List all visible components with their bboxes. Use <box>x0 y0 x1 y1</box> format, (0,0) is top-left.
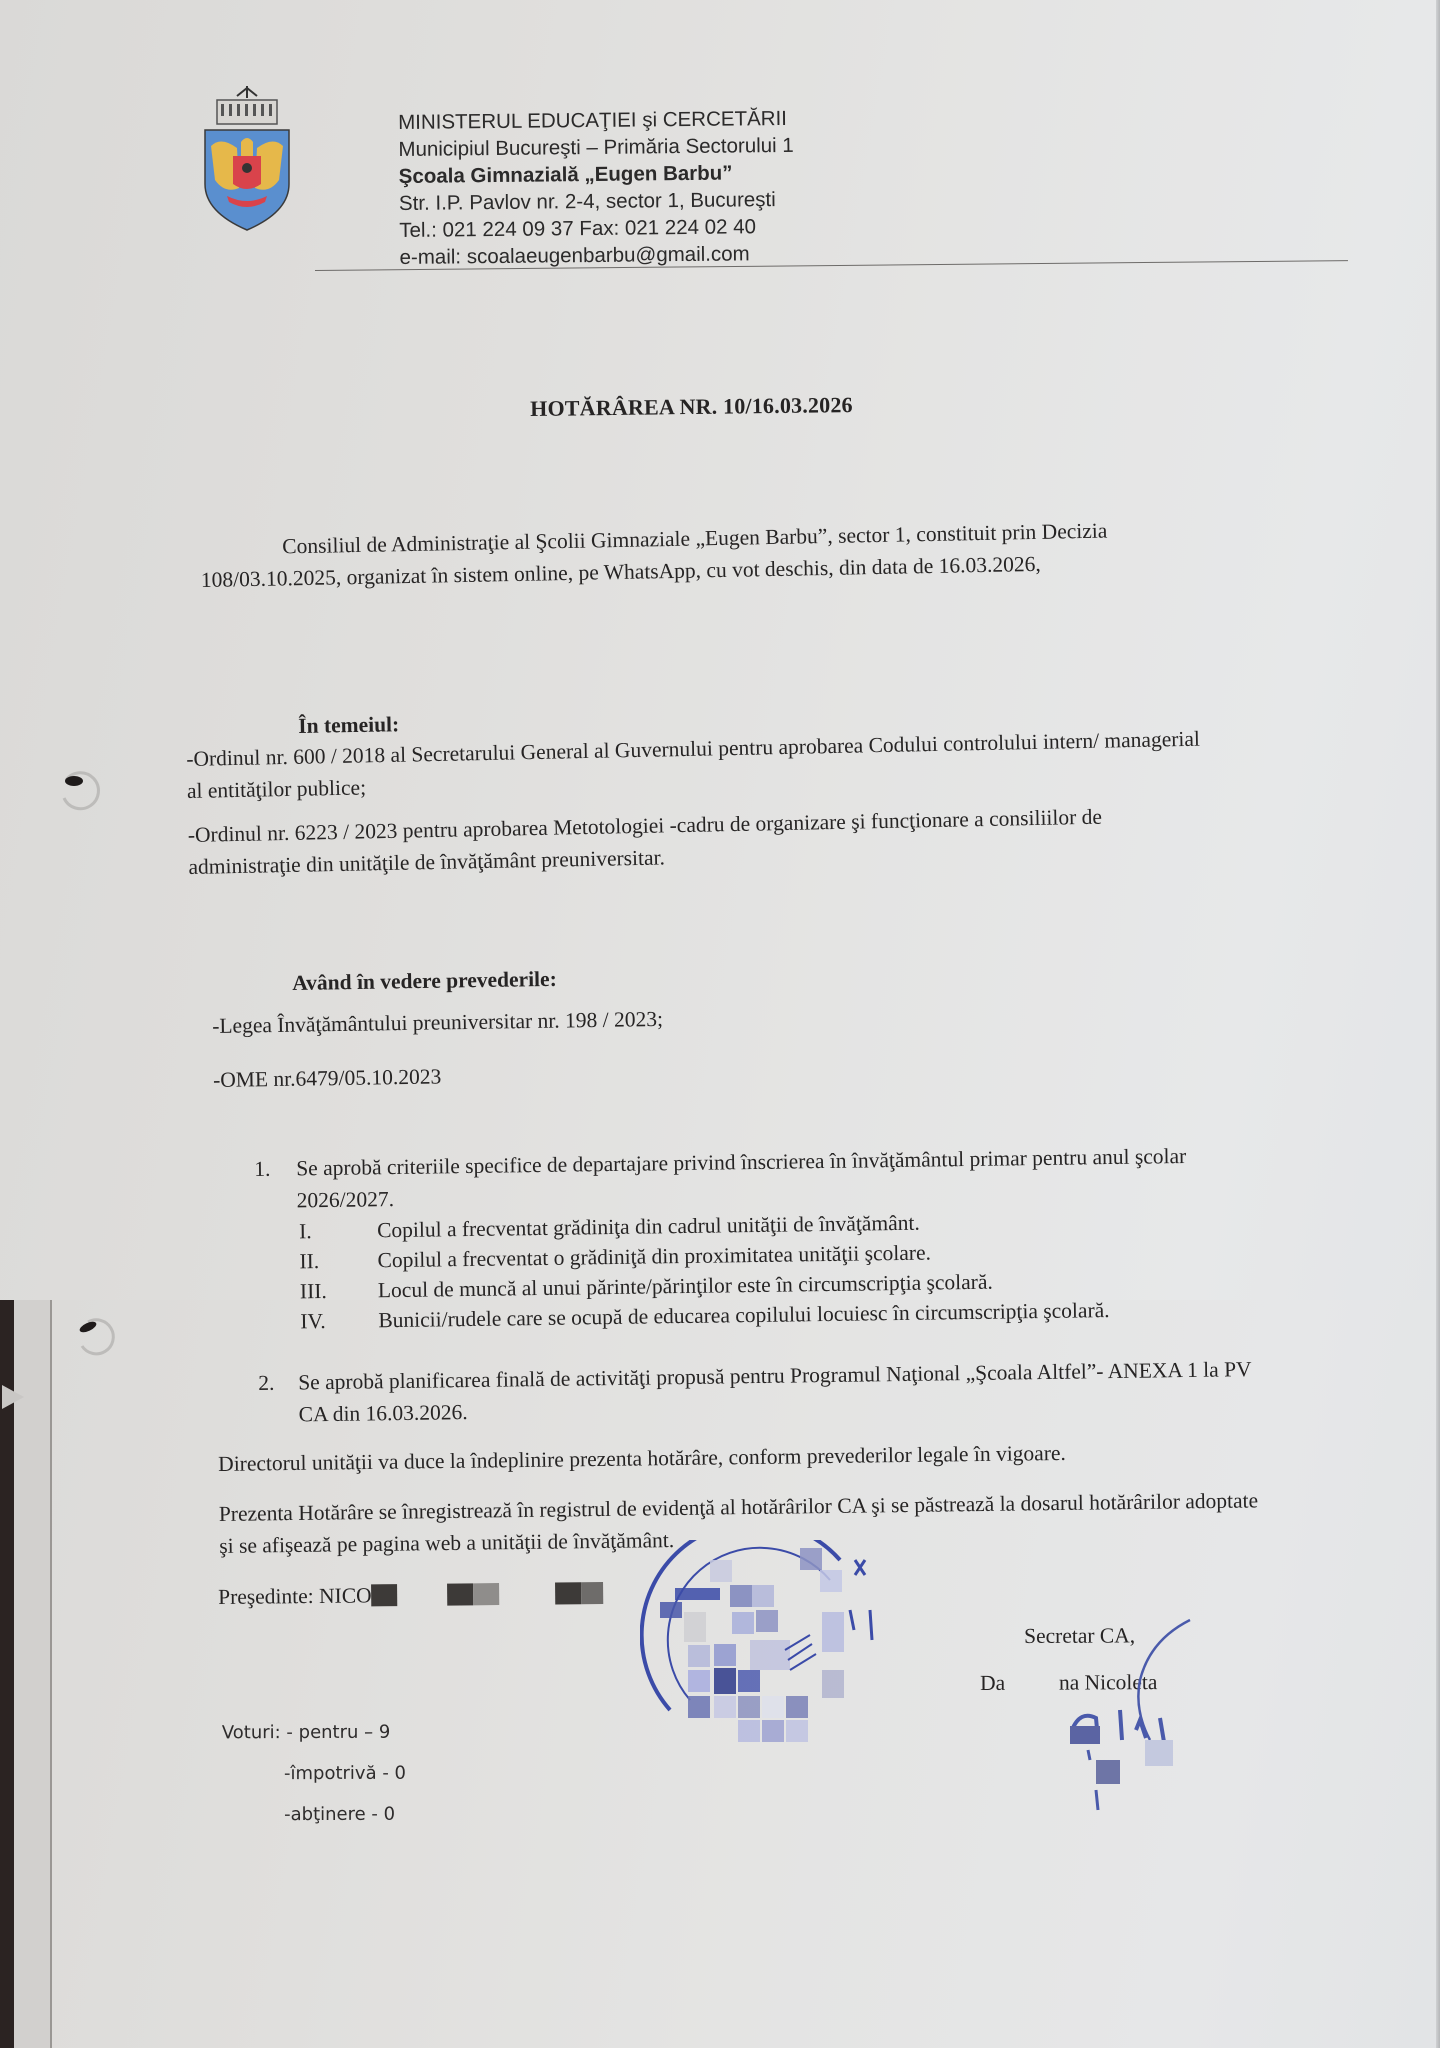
phone-fax: Tel.: 021 224 09 37 Fax: 021 224 02 40 <box>399 213 795 244</box>
letterhead: MINISTERUL EDUCAŢIEI şi CERCETĂRII Munic… <box>398 105 795 271</box>
criterion-number: I. <box>299 1215 377 1246</box>
punch-hole-icon <box>72 1314 122 1364</box>
legal-basis-heading: În temeiul: <box>298 708 399 742</box>
school-name: Şcoala Gimnazială „Eugen Barbu” <box>399 159 795 190</box>
page-fold <box>2 1385 24 1409</box>
votes-for: Voturi: - pentru – 9 <box>222 1722 406 1744</box>
redaction-block <box>500 1582 556 1605</box>
school-stamp-icon <box>640 1540 900 1760</box>
redaction-block <box>474 1583 500 1605</box>
president-line: Preşedinte: NICO <box>218 1577 604 1613</box>
legal-basis-list: -Ordinul nr. 600 / 2018 al Secretarului … <box>186 723 1209 895</box>
bucharest-coat-of-arms-icon <box>197 84 297 234</box>
ministry-name: MINISTERUL EDUCAŢIEI şi CERCETĂRII <box>398 105 794 136</box>
page-right-edge <box>1436 0 1440 2048</box>
school-address: Str. I.P. Pavlov nr. 2-4, sector 1, Bucu… <box>399 186 795 217</box>
criterion-number: IV. <box>300 1305 378 1336</box>
redaction-block <box>556 1582 582 1604</box>
provisions-heading: Având în vedere prevederile: <box>292 963 557 999</box>
votes-against: -împotrivă - 0 <box>222 1763 406 1785</box>
criterion-number: II. <box>299 1245 377 1276</box>
redaction-block <box>372 1584 398 1606</box>
legal-basis-item: -Ordinul nr. 6223 / 2023 pentru aprobare… <box>188 799 1209 883</box>
redaction-block <box>582 1582 604 1604</box>
document-title: HOTĂRÂREA NR. 10/16.03.2026 <box>530 389 853 425</box>
municipality-name: Municipiul Bucureşti – Primăria Sectorul… <box>398 132 794 163</box>
provisions-item: -OME nr.6479/05.10.2023 <box>213 1050 1113 1096</box>
decision-number: 1. <box>254 1152 297 1217</box>
criterion-number: III. <box>300 1275 378 1306</box>
votes-abstain: -abţinere - 0 <box>222 1804 406 1826</box>
signature-icon <box>1000 1600 1220 1820</box>
president-label: Preşedinte: NICO <box>218 1583 372 1609</box>
votes-block: Voturi: - pentru – 9 -împotrivă - 0 -abţ… <box>222 1722 406 1846</box>
underlying-page-edge <box>14 1300 52 2048</box>
redaction-block <box>448 1583 474 1605</box>
decision-text: Se aprobă planificarea finală de activit… <box>298 1353 1259 1430</box>
decision-text: Se aprobă criteriile specifice de depart… <box>296 1139 1235 1216</box>
decision-number: 2. <box>258 1366 299 1431</box>
decision-1: 1. Se aprobă criteriile specifice de dep… <box>254 1139 1236 1337</box>
redaction-block <box>398 1584 448 1607</box>
provisions-list: -Legea Învăţământului preuniversitar nr.… <box>212 996 1114 1118</box>
punch-hole-icon <box>52 768 102 818</box>
